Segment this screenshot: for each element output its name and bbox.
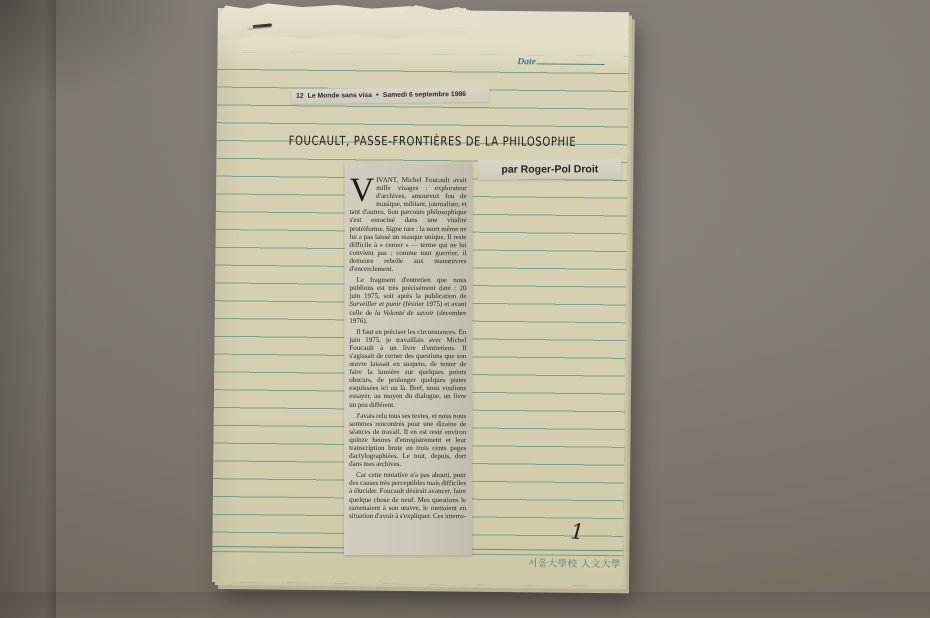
byline-text: par Roger-Pol Droit bbox=[501, 163, 598, 175]
clipping-header-strip: 12 Le Monde sans visa ● Samedi 6 septemb… bbox=[291, 87, 489, 104]
handwritten-title: FOUCAULT, PASSE-FRONTIÈRES DE LA PHILOSO… bbox=[289, 133, 593, 149]
shadow-corner bbox=[0, 0, 240, 120]
clipping-section: Le Monde sans visa bbox=[308, 92, 372, 100]
byline-strip: par Roger-Pol Droit bbox=[478, 159, 621, 179]
notepad-page: Date 12 Le Monde sans visa ● Samedi 6 se… bbox=[212, 8, 629, 586]
article-dropcap: V bbox=[350, 176, 377, 204]
clipping-page-number: 12 bbox=[296, 93, 304, 100]
date-underline bbox=[537, 54, 605, 65]
photo-background: Date 12 Le Monde sans visa ● Samedi 6 se… bbox=[0, 0, 930, 618]
article-text: VIVANT, Michel Foucault avait mille visa… bbox=[349, 176, 467, 520]
university-stamp: 서울大學校 人文大學 bbox=[528, 555, 621, 570]
date-field: Date bbox=[517, 51, 605, 70]
clipping-date: Samedi 6 septembre 1986 bbox=[383, 91, 466, 99]
date-label: Date bbox=[517, 57, 536, 67]
article-clipping: VIVANT, Michel Foucault avait mille visa… bbox=[344, 163, 473, 555]
separator-dot-icon: ● bbox=[376, 93, 379, 98]
handwritten-page-number: 1 bbox=[570, 519, 585, 544]
paper-scrap-tear bbox=[404, 5, 481, 28]
table-edge bbox=[0, 592, 930, 618]
